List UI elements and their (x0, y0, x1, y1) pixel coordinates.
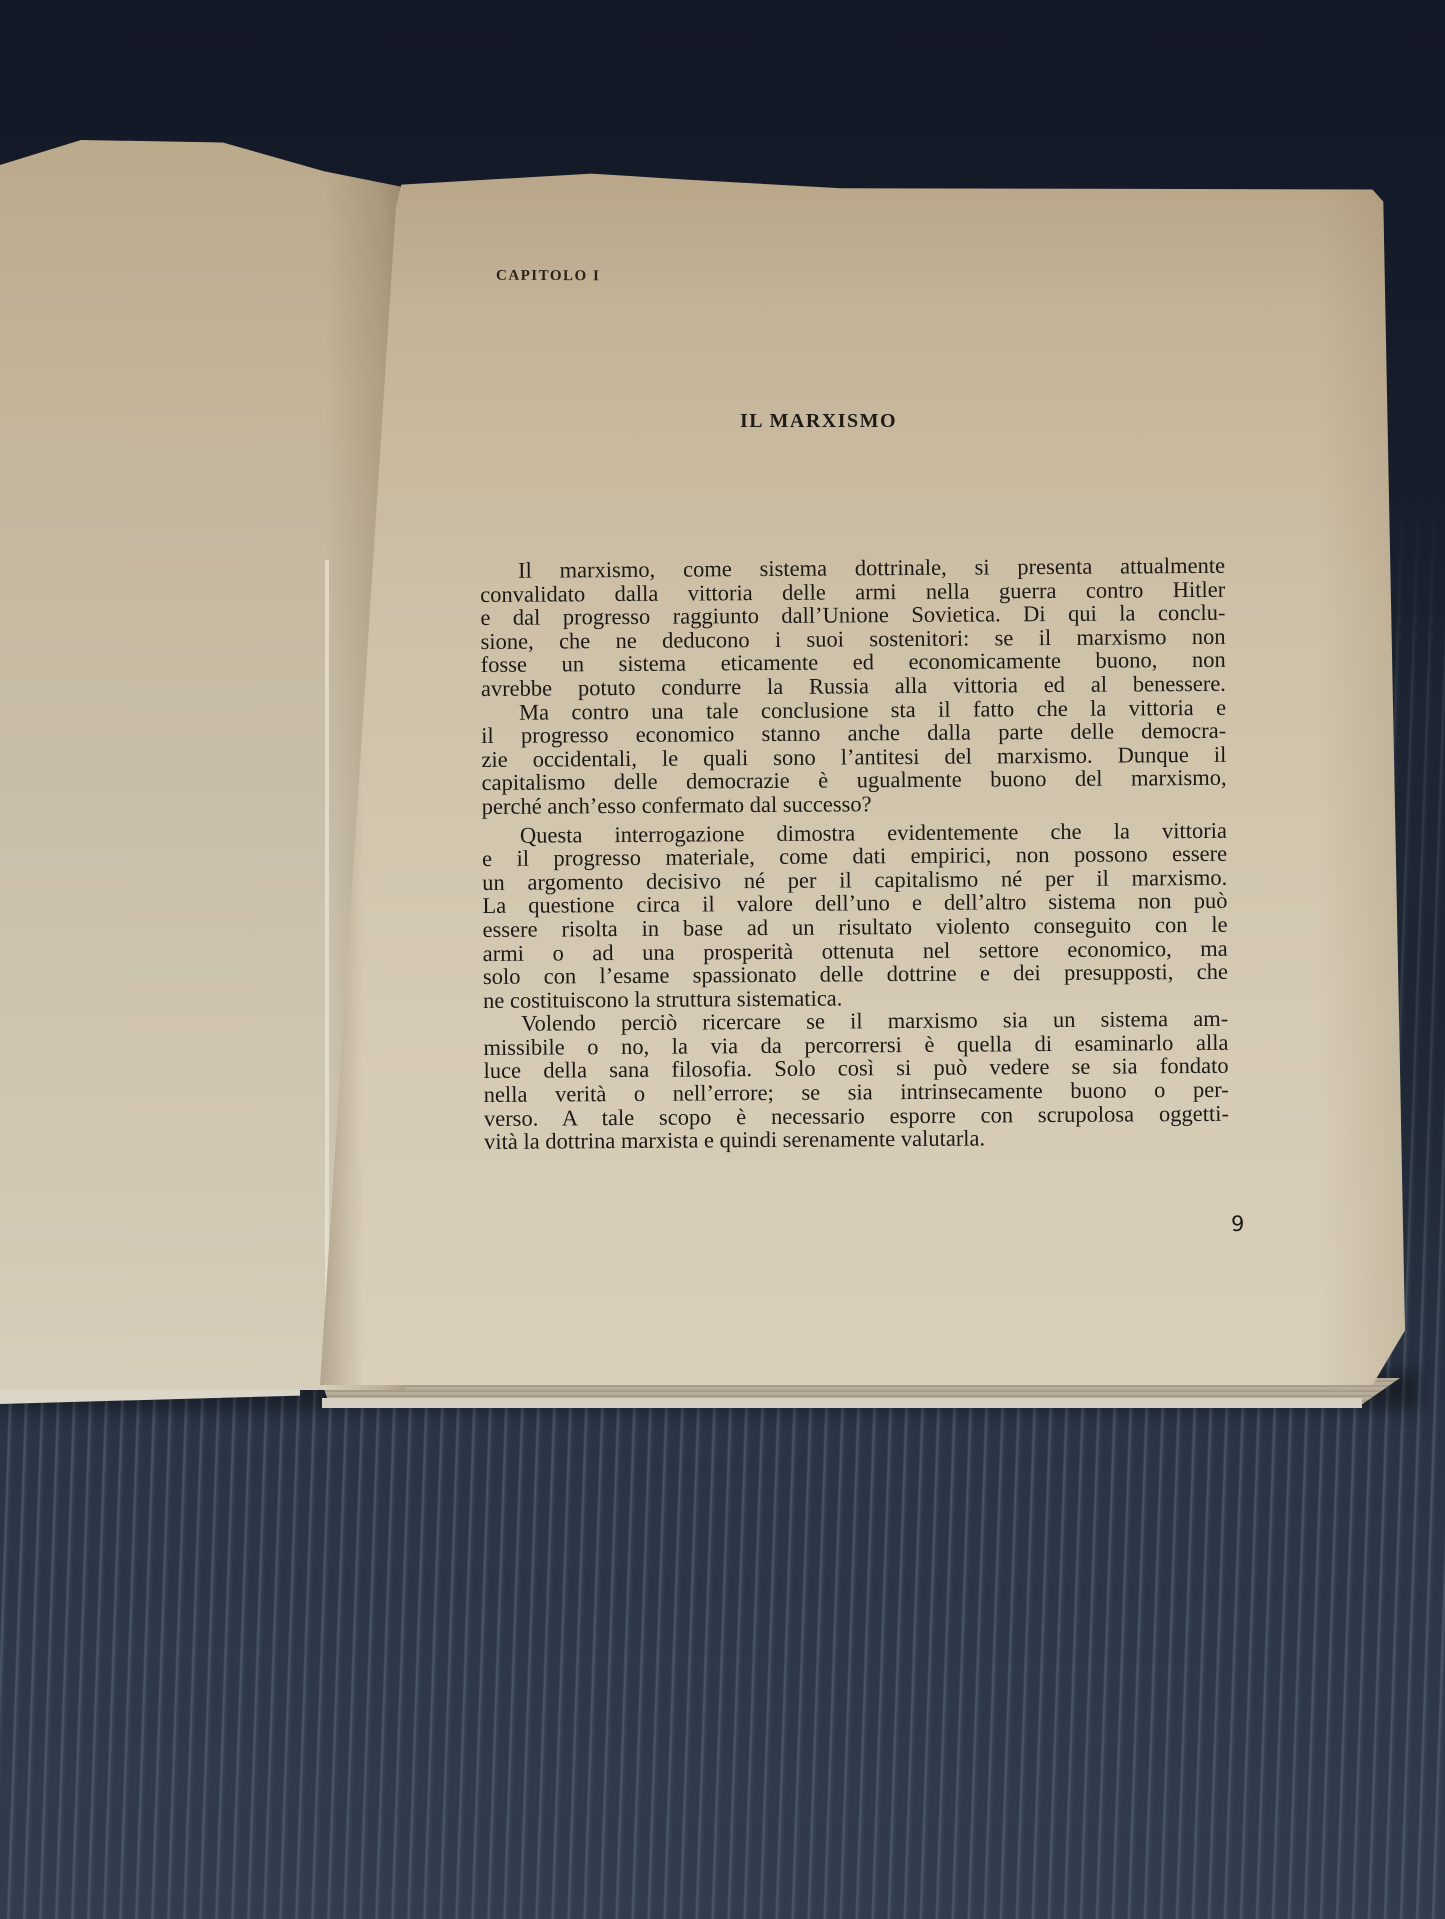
text-line: vità la dottrina marxista e quindi seren… (484, 1125, 1229, 1154)
text-line: perché anch’esso confermato dal successo… (482, 790, 1227, 819)
paragraph-4: Volendo perciò ricercare se il marxismo … (483, 1007, 1229, 1154)
page-number: 9 (1231, 1212, 1244, 1236)
body-text: Il marxismo, come sistema dottrinale, si… (480, 554, 1229, 1154)
paragraph-3: Questa interrogazione dimostra evidentem… (482, 818, 1228, 1012)
text-line: solo con l’esame spassionato delle dottr… (483, 960, 1228, 989)
paragraph-2: Ma contro una tale conclusione sta il fa… (481, 695, 1227, 818)
chapter-label: CAPITOLO I (496, 268, 600, 286)
right-page-content: CAPITOLO I IL MARXISMO Il marxismo, come… (0, 0, 1445, 1919)
paragraph-1: Il marxismo, come sistema dottrinale, si… (480, 554, 1226, 701)
chapter-title: IL MARXISMO (740, 410, 897, 433)
